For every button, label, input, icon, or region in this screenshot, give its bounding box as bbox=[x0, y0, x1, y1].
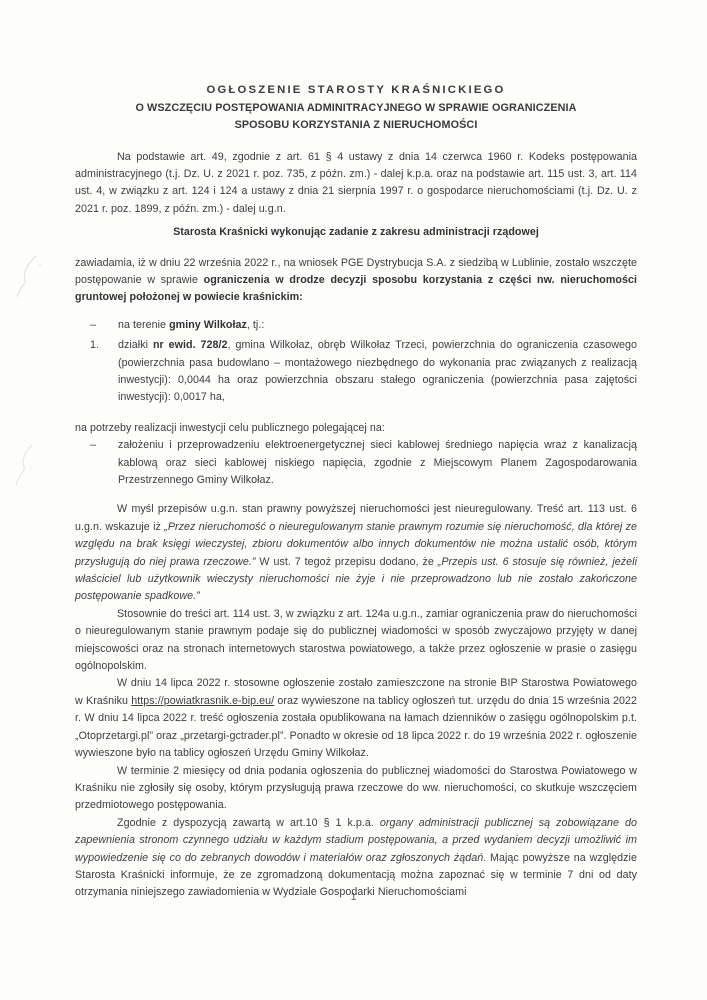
text-run: Zgodnie z dyspozycją zawartą w art.10 § … bbox=[117, 817, 380, 829]
title-line-1: OGŁOSZENIE STAROSTY KRAŚNICKIEGO bbox=[75, 82, 637, 100]
page-number: 1 bbox=[0, 891, 707, 903]
text-run: Na podstawie art. 49, zgodnie z art. 61 … bbox=[75, 151, 637, 215]
text-run: nr ewid. 728/2 bbox=[153, 339, 228, 351]
document-title: OGŁOSZENIE STAROSTY KRAŚNICKIEGO O WSZCZ… bbox=[75, 82, 637, 135]
list-marker: 1. bbox=[90, 337, 118, 407]
text-run: założeniu i przeprowadzeniu elektroenerg… bbox=[118, 439, 637, 486]
text-run: na potrzeby realizacji inwestycji celu p… bbox=[75, 422, 385, 434]
text-run: gminy Wilkołaz bbox=[169, 319, 247, 331]
document-body: Na podstawie art. 49, zgodnie z art. 61 … bbox=[75, 149, 637, 902]
text-run: działki bbox=[118, 339, 153, 351]
text-run: Starosta Kraśnicki wykonując zadanie z z… bbox=[173, 226, 539, 238]
list-item-investment: –założeniu i przeprowadzeniu elektroener… bbox=[75, 437, 637, 489]
title-line-2: O WSZCZĘCIU POSTĘPOWANIA ADMINITRACYJNEG… bbox=[75, 100, 637, 118]
paragraph-purpose-intro: na potrzeby realizacji inwestycji celu p… bbox=[75, 420, 637, 437]
text-run: W terminie 2 miesięcy od dnia podania og… bbox=[75, 765, 637, 812]
list-marker: – bbox=[90, 437, 118, 489]
text-run: Stosownie do treści art. 114 ust. 3, w z… bbox=[75, 608, 637, 672]
list-item-text: założeniu i przeprowadzeniu elektroenerg… bbox=[118, 437, 637, 489]
text-run: na terenie bbox=[118, 319, 169, 331]
list-item-gmina: –na terenie gminy Wilkołaz, tj.: bbox=[75, 317, 637, 334]
paragraph-legal-basis: Na podstawie art. 49, zgodnie z art. 61 … bbox=[75, 149, 637, 219]
paragraph-announcement-rule: Stosownie do treści art. 114 ust. 3, w z… bbox=[75, 606, 637, 676]
text-run: W ust. 7 tegoż przepisu dodano, że bbox=[256, 556, 438, 568]
paragraph-publication: W dniu 14 lipca 2022 r. stosowne ogłosze… bbox=[75, 675, 637, 762]
document-page: OGŁOSZENIE STAROSTY KRAŚNICKIEGO O WSZCZ… bbox=[0, 0, 707, 1000]
line-authority: Starosta Kraśnicki wykonując zadanie z z… bbox=[75, 224, 637, 241]
title-line-3: SPOSOBU KORZYSTANIA Z NIERUCHOMOŚCI bbox=[75, 117, 637, 135]
paragraph-legal-status: W myśl przepisów u.g.n. stan prawny powy… bbox=[75, 501, 637, 605]
list-item-parcel: 1.działki nr ewid. 728/2, gmina Wilkołaz… bbox=[75, 337, 637, 407]
paragraph-kpa-information: Zgodnie z dyspozycją zawartą w art.10 § … bbox=[75, 815, 637, 902]
paragraph-no-claims: W terminie 2 miesięcy od dnia podania og… bbox=[75, 763, 637, 815]
scan-artifact bbox=[12, 253, 44, 301]
scan-artifact bbox=[10, 443, 40, 489]
list-item-text: działki nr ewid. 728/2, gmina Wilkołaz, … bbox=[118, 337, 637, 407]
bip-url: https://powiatkrasnik.e-bip.eu/ bbox=[131, 695, 274, 707]
paragraph-notification: zawiadamia, iż w dniu 22 września 2022 r… bbox=[75, 255, 637, 307]
text-run: , tj.: bbox=[247, 319, 265, 331]
list-item-text: na terenie gminy Wilkołaz, tj.: bbox=[118, 317, 637, 334]
document-content: OGŁOSZENIE STAROSTY KRAŚNICKIEGO O WSZCZ… bbox=[75, 82, 637, 902]
list-marker: – bbox=[90, 317, 118, 334]
